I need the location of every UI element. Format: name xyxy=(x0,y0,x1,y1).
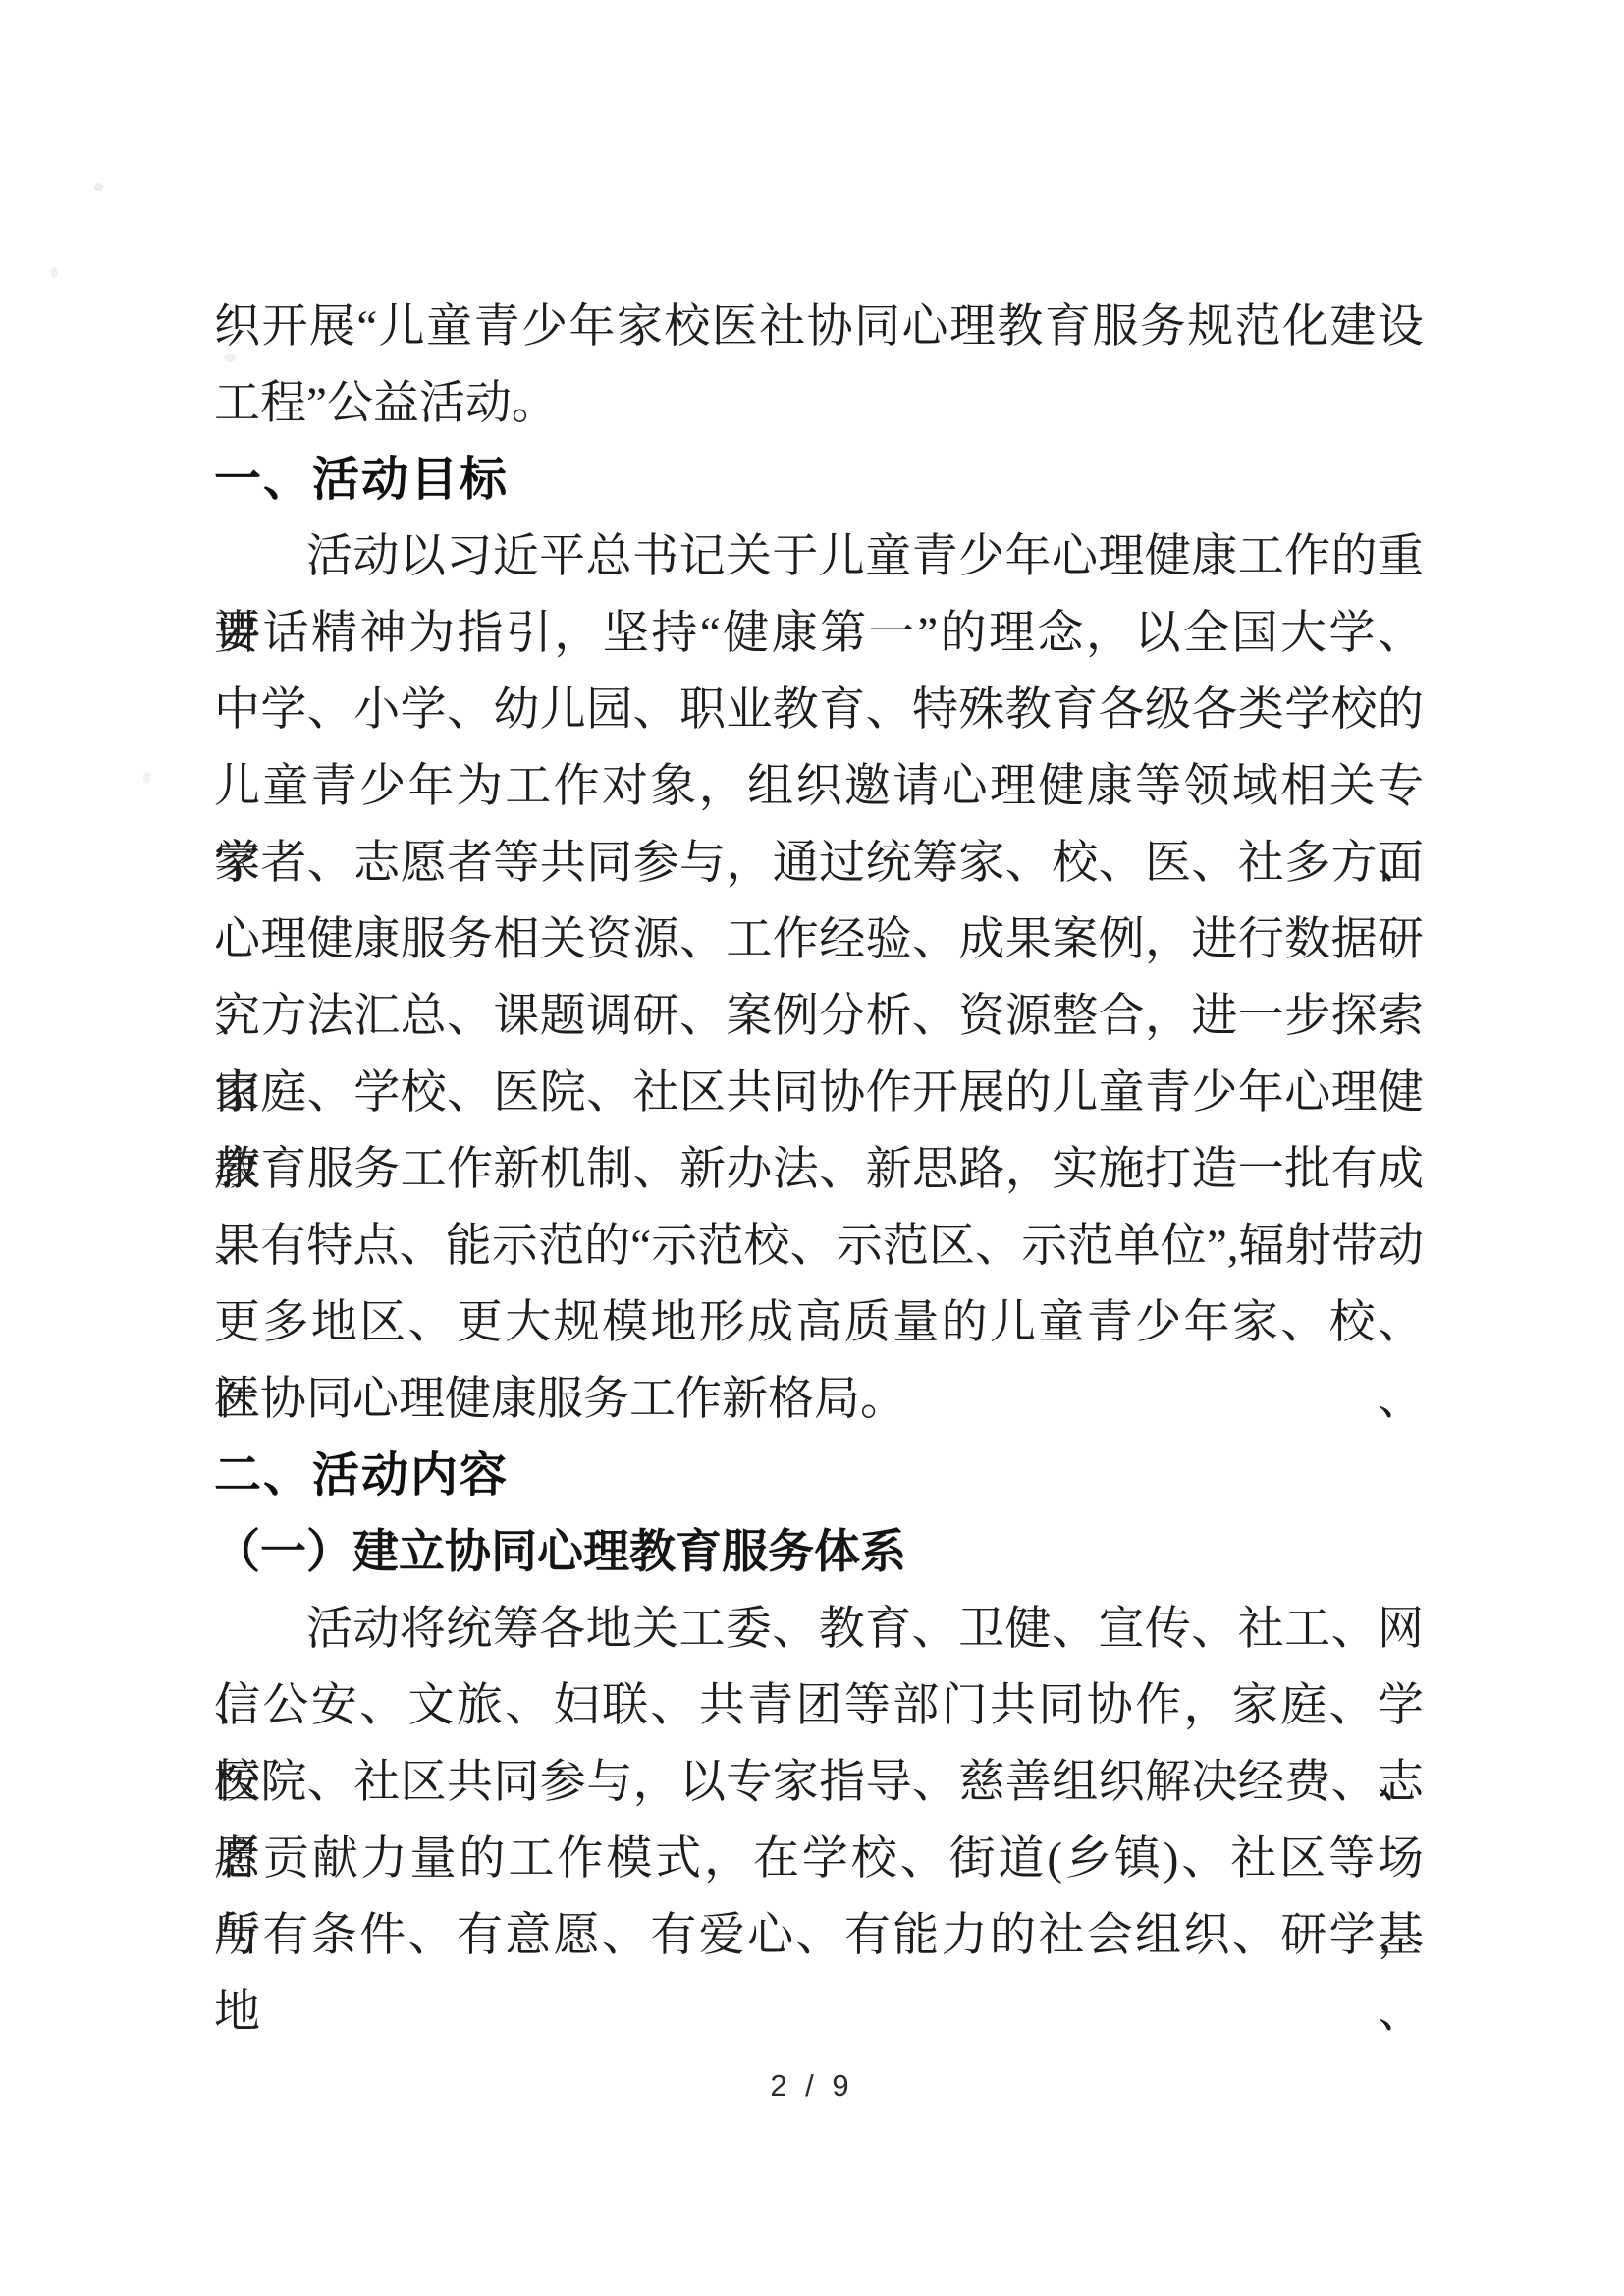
scan-artifact-speck xyxy=(94,183,103,191)
body-line: 、有特点、能示范的“示范校、示范区、示范单位”,辐射带动 xyxy=(214,1208,1424,1285)
body-line: 儿童青少年为工作对象，组织邀请心理健康等领域相关专家、 xyxy=(214,748,1424,825)
body-line: 教育服务工作新机制、新办法、新思路，实施打造一批有成果 xyxy=(214,1131,1424,1208)
body-line: 更多地区、更大规模地形成高质量的儿童青少年家、校、医、 xyxy=(214,1285,1424,1361)
body-line: 工程”公益活动。 xyxy=(214,365,1424,442)
body-line: 织开展“儿童青少年家校医社协同心理教育服务规范化建设 xyxy=(214,289,1424,365)
body-line: 中学、小学、幼儿园、职业教育、特殊教育各级各类学校的 xyxy=(214,672,1424,748)
page-number: 2 / 9 xyxy=(0,2068,1624,2104)
scan-artifact-speck xyxy=(143,772,151,784)
section-heading-2: 二、活动内容 xyxy=(214,1438,1424,1514)
body-line: 心理健康服务相关资源、工作经验、成果案例，进行数据研究 xyxy=(214,902,1424,978)
body-line: 者贡献力量的工作模式，在学校、街道(乡镇)、社区等场所， xyxy=(214,1821,1424,1897)
body-line: 活动以习近平总书记关于儿童青少年心理健康工作的重要 xyxy=(214,519,1424,595)
body-line: 讲话精神为指引，坚持“健康第一”的理念，以全国大学、 xyxy=(214,595,1424,672)
body-line: 、公安、文旅、妇联、共青团等部门共同协作，家庭、学校、 xyxy=(214,1667,1424,1744)
subsection-heading: （一）建立协同心理教育服务体系 xyxy=(214,1514,1424,1591)
scanned-document-page: 织开展“儿童青少年家校医社协同心理教育服务规范化建设 工程”公益活动。 一、活动… xyxy=(0,0,1624,2296)
body-line: 与有条件、有意愿、有爱心、有能力的社会组织、研学基地、 xyxy=(214,1897,1424,1974)
body-line: 医院、社区共同参与，以专家指导、慈善组织解决经费、志愿 xyxy=(214,1744,1424,1821)
scan-artifact-speck xyxy=(51,267,58,278)
body-line: 学者、志愿者等共同参与，通过统筹家、校、医、社多方面 xyxy=(214,825,1424,902)
body-line: 家庭、学校、医院、社区共同协作开展的儿童青少年心理健康 xyxy=(214,1055,1424,1131)
text-column: 织开展“儿童青少年家校医社协同心理教育服务规范化建设 工程”公益活动。 一、活动… xyxy=(214,289,1424,1974)
body-line: 活动将统筹各地关工委、教育、卫健、宣传、社工、网信 xyxy=(214,1591,1424,1667)
section-heading-1: 一、活动目标 xyxy=(214,442,1424,519)
body-line: 、方法汇总、课题调研、案例分析、资源整合，进一步探索由 xyxy=(214,978,1424,1055)
